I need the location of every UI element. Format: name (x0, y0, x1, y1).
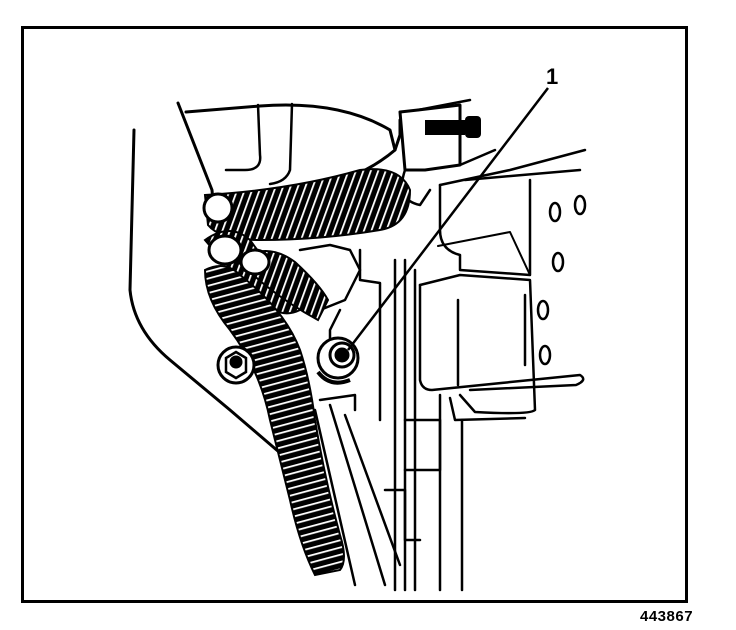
mounting-hole (575, 196, 585, 214)
diagram-artwork (0, 0, 736, 630)
mounting-hole (540, 346, 550, 364)
mounting-hole (553, 253, 563, 271)
relay-block (440, 150, 585, 185)
mounting-hole (550, 203, 560, 221)
callout-label: 1 (546, 66, 558, 88)
mounting-hole (538, 301, 548, 319)
stud-nut-icon (218, 347, 254, 383)
bolt-icon (425, 120, 465, 135)
bolt-block (400, 105, 460, 170)
figure-id: 443867 (640, 608, 693, 625)
